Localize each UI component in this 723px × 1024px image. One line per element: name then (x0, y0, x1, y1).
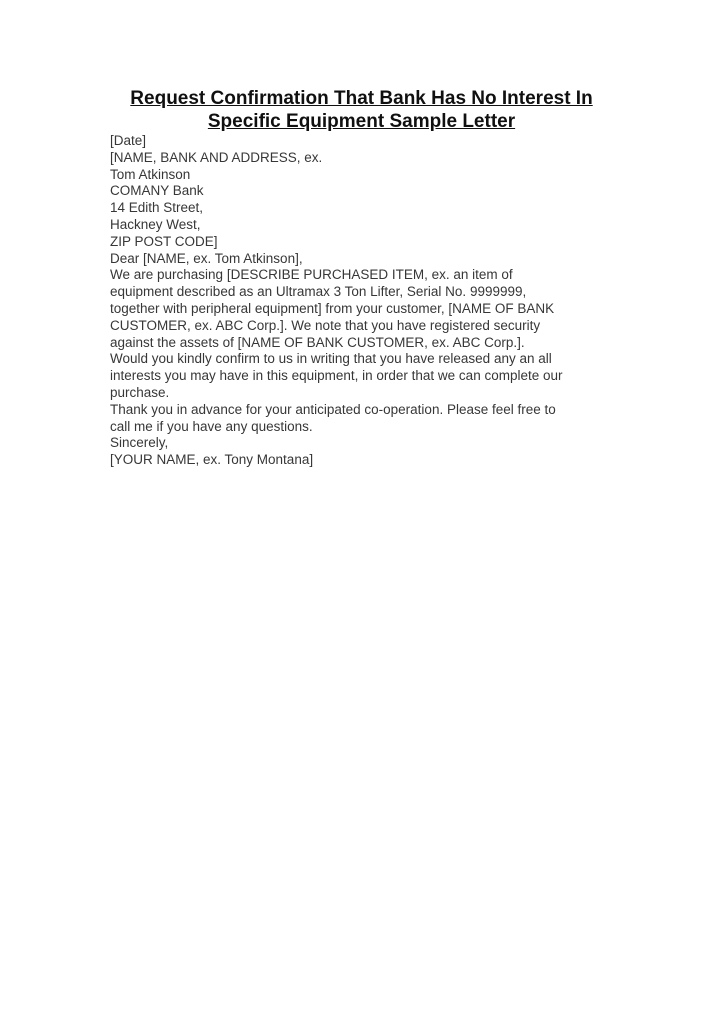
salutation: Dear [NAME, ex. Tom Atkinson], (110, 251, 663, 268)
signature-placeholder: [YOUR NAME, ex. Tony Montana] (110, 452, 663, 469)
paragraph-purchase-description: We are purchasing [DESCRIBE PURCHASED IT… (110, 267, 663, 351)
paragraph-thank-you: Thank you in advance for your anticipate… (110, 402, 663, 436)
letter-body: [Date] [NAME, BANK AND ADDRESS, ex. Tom … (110, 133, 663, 469)
paragraph-confirmation-request: Would you kindly confirm to us in writin… (110, 351, 663, 401)
recipient-address-block: [NAME, BANK AND ADDRESS, ex. Tom Atkinso… (110, 150, 663, 251)
letter-page: Request Confirmation That Bank Has No In… (0, 0, 723, 1024)
date-placeholder: [Date] (110, 133, 663, 150)
closing-salutation: Sincerely, (110, 435, 663, 452)
letter-title: Request Confirmation That Bank Has No In… (0, 0, 723, 133)
